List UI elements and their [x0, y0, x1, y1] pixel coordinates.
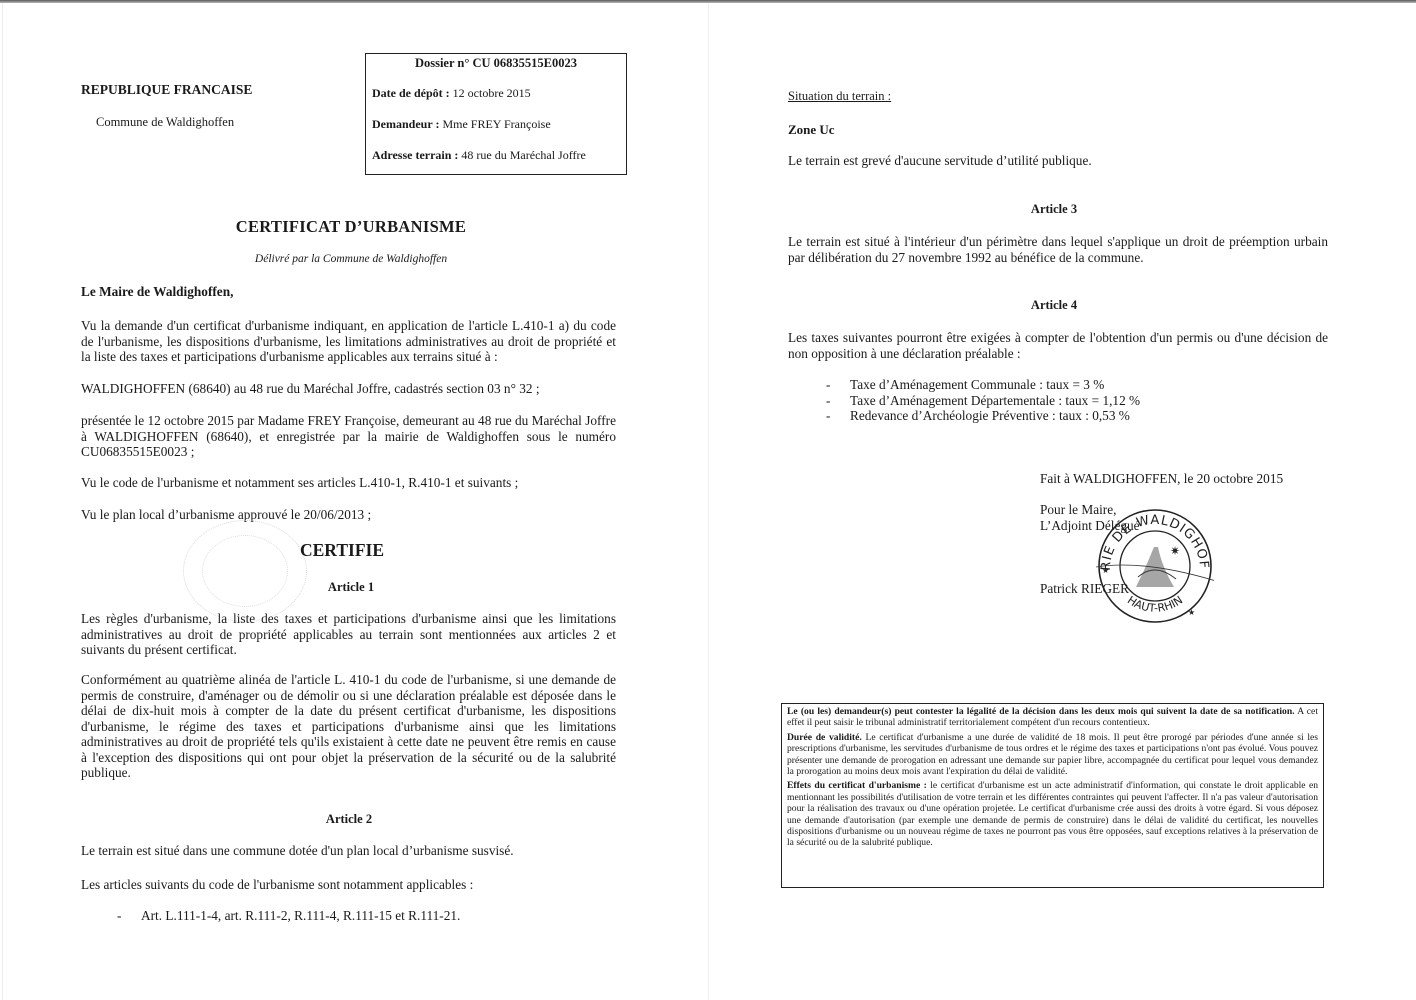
svg-text:★: ★	[1102, 566, 1109, 575]
notice-validity: Durée de validité. Le certificat d'urban…	[787, 732, 1318, 778]
svg-text:✷: ✷	[1170, 544, 1180, 558]
tax-item: -Taxe d’Aménagement Départementale : tau…	[826, 393, 1140, 409]
row-label: Adresse terrain :	[372, 148, 458, 162]
article-4-heading: Article 4	[709, 298, 1399, 313]
tax-item: -Taxe d’Aménagement Communale : taux = 3…	[826, 377, 1140, 393]
tax-list: -Taxe d’Aménagement Communale : taux = 3…	[826, 377, 1140, 424]
bullet-dash: -	[117, 908, 141, 924]
bullet-text: Taxe d’Aménagement Communale : taux = 3 …	[850, 377, 1104, 393]
paragraph-presented: présentée le 12 octobre 2015 par Madame …	[81, 413, 616, 460]
document-title: CERTIFICAT D’URBANISME	[0, 217, 702, 237]
servitude-text: Le terrain est grevé d'aucune servitude …	[788, 153, 1326, 169]
dossier-number: Dossier n° CU 06835515E0023	[366, 56, 626, 71]
paragraph-plu: Vu le plan local d’urbanisme approuvé le…	[81, 507, 616, 523]
document-subtitle: Délivré par la Commune de Waldighoffen	[0, 253, 702, 265]
bullet-text: Taxe d’Aménagement Départementale : taux…	[850, 393, 1140, 409]
article-1-heading: Article 1	[0, 580, 702, 595]
zone-label: Zone Uc	[788, 122, 1326, 138]
signature-place-date: Fait à WALDIGHOFFEN, le 20 octobre 2015	[1040, 471, 1283, 487]
row-value: 12 octobre 2015	[450, 86, 531, 100]
issuer-heading: Le Maire de Waldighoffen,	[81, 284, 233, 300]
bullet-dash: -	[826, 377, 850, 393]
commune-name: Commune de Waldighoffen	[96, 115, 234, 130]
notice-appeal: Le (ou les) demandeur(s) peut contester …	[787, 706, 1318, 729]
dossier-box: Dossier n° CU 06835515E0023 Date de dépô…	[365, 53, 627, 175]
bullet-dash: -	[826, 393, 850, 409]
faint-stamp-mark	[183, 520, 307, 622]
article-4-text: Les taxes suivantes pourront être exigée…	[788, 330, 1328, 361]
dossier-row-date: Date de dépôt : 12 octobre 2015	[372, 86, 531, 101]
dossier-row-applicant: Demandeur : Mme FREY Françoise	[372, 117, 551, 132]
svg-text:★: ★	[1188, 608, 1195, 617]
article-2-bullet: -Art. L.111-1-4, art. R.111-2, R.111-4, …	[117, 908, 460, 924]
tax-item: -Redevance d’Archéologie Préventive : ta…	[826, 408, 1140, 424]
situation-label: Situation du terrain :	[788, 89, 1326, 104]
notice-box: Le (ou les) demandeur(s) peut contester …	[781, 703, 1324, 888]
notice-bold: Durée de validité.	[787, 732, 862, 743]
notice-bold: Effets du certificat d'urbanisme :	[787, 780, 927, 791]
seal-icon: MAIRIE DE WALDIGHOFFEN HAUT-RHIN ✷ ★ ★	[1096, 507, 1214, 625]
row-label: Date de dépôt :	[372, 86, 450, 100]
bullet-dash: -	[826, 408, 850, 424]
official-stamp: MAIRIE DE WALDIGHOFFEN HAUT-RHIN ✷ ★ ★	[1096, 507, 1214, 625]
notice-effects: Effets du certificat d'urbanisme : le ce…	[787, 780, 1318, 848]
paragraph-code: Vu le code de l'urbanisme et notamment s…	[81, 475, 616, 491]
notice-text: Le certificat d'urbanisme a une durée de…	[787, 732, 1318, 777]
row-label: Demandeur :	[372, 117, 439, 131]
article-1-paragraph: Conformément au quatrième alinéa de l'ar…	[81, 672, 616, 781]
paragraph-request: Vu la demande d'un certificat d'urbanism…	[81, 318, 616, 365]
article-2-paragraph: Le terrain est situé dans une commune do…	[81, 843, 616, 859]
article-1-paragraph: Les règles d'urbanisme, la liste des tax…	[81, 611, 616, 658]
row-value: 48 rue du Maréchal Joffre	[458, 148, 585, 162]
certifie-heading: CERTIFIE	[300, 540, 384, 561]
country-heading: REPUBLIQUE FRANCAISE	[81, 82, 252, 98]
paragraph-location: WALDIGHOFFEN (68640) au 48 rue du Maréch…	[81, 381, 616, 397]
page-right: Situation du terrain : Zone Uc Le terrai…	[709, 0, 1416, 1000]
article-2-heading: Article 2	[0, 812, 698, 827]
article-3-heading: Article 3	[709, 202, 1399, 217]
row-value: Mme FREY Françoise	[439, 117, 550, 131]
dossier-row-address: Adresse terrain : 48 rue du Maréchal Jof…	[372, 148, 586, 163]
article-2-paragraph: Les articles suivants du code de l'urban…	[81, 877, 616, 893]
svg-text:HAUT-RHIN: HAUT-RHIN	[1125, 594, 1185, 615]
notice-bold: Le (ou les) demandeur(s) peut contester …	[787, 706, 1295, 717]
stamp-bottom-text: HAUT-RHIN	[1125, 594, 1185, 615]
bullet-text: Redevance d’Archéologie Préventive : tau…	[850, 408, 1130, 424]
bullet-text: Art. L.111-1-4, art. R.111-2, R.111-4, R…	[141, 908, 460, 924]
page-left: REPUBLIQUE FRANCAISE Commune de Waldigho…	[0, 0, 708, 1000]
article-3-text: Le terrain est situé à l'intérieur d'un …	[788, 234, 1328, 265]
